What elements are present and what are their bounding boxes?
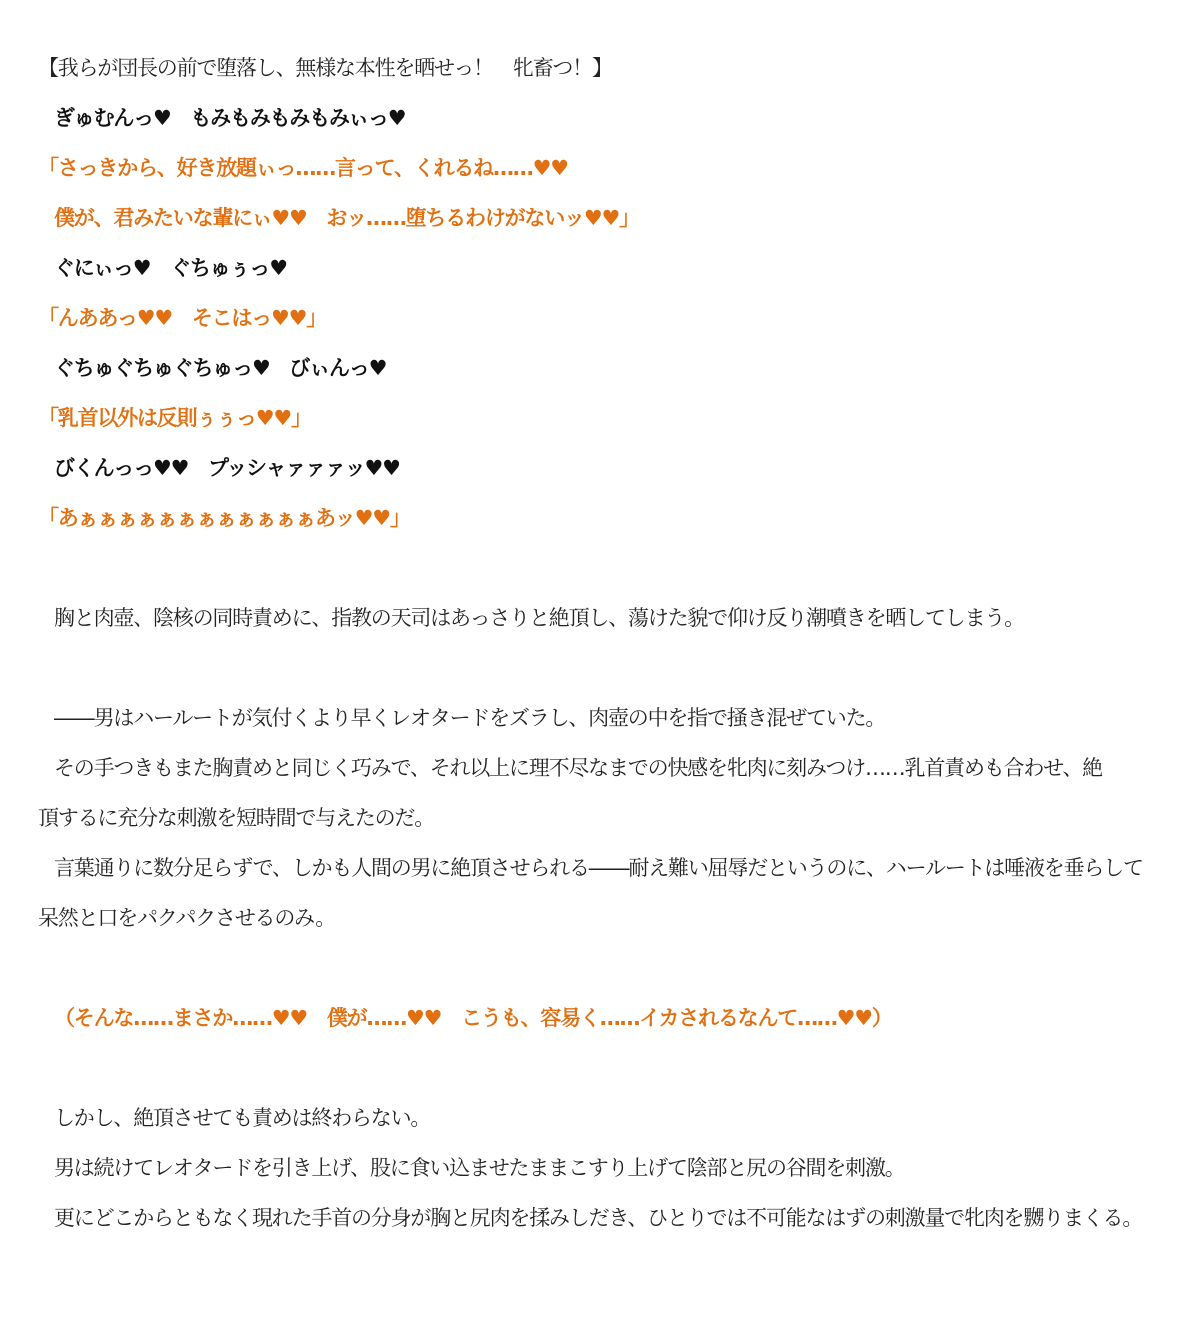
narration-line: 呆然と口をパクパクさせるのみ。 [38, 898, 1148, 948]
dialogue-line: 「さっきから、好き放題ぃっ……言って、くれるね……♥♥ [38, 148, 1148, 198]
narration-line: その手つきもまた胸責めと同じく巧みで、それ以上に理不尽なまでの快感を牝肉に刻みつ… [38, 748, 1148, 798]
narration-line: しかし、絶頂させても責めは終わらない。 [38, 1098, 1148, 1148]
blank-line [38, 548, 1148, 598]
sound-effect-line: びくんっっ♥♥ プッシャァァァッ♥♥ [38, 448, 1148, 498]
narration-paragraph: 胸と肉壺、陰核の同時責めに、指教の天司はあっさりと絶頂し、蕩けた貌で仰け反り潮噴… [38, 598, 1148, 648]
dialogue-line: 僕が、君みたいな輩にぃ♥♥ おッ……堕ちるわけがないッ♥♥」 [38, 198, 1148, 248]
sound-effect-line: ぐちゅぐちゅぐちゅっ♥ びぃんっ♥ [38, 348, 1148, 398]
narration-line: 言葉通りに数分足らずで、しかも人間の男に絶頂させられる――耐え難い屈辱だというの… [38, 848, 1148, 898]
dialogue-line: 「あぁぁぁぁぁぁぁぁぁぁぁぁあッ♥♥」 [38, 498, 1148, 548]
narration-line: 更にどこからともなく現れた手首の分身が胸と尻肉を揉みしだき、ひとりでは不可能なは… [38, 1198, 1148, 1248]
blank-line [38, 948, 1148, 998]
chapter-heading: 【我らが団長の前で堕落し、無様な本性を晒せっ！ 牝畜つ！】 [38, 48, 1148, 98]
narration-line: 頂するに充分な刺激を短時間で与えたのだ。 [38, 798, 1148, 848]
dialogue-line: 「んああっ♥♥ そこはっ♥♥」 [38, 298, 1148, 348]
narration-line: ――男はハールートが気付くより早くレオタードをズラし、肉壺の中を指で掻き混ぜてい… [38, 698, 1148, 748]
blank-line [38, 648, 1148, 698]
sound-effect-line: ぎゅむんっ♥ もみもみもみもみぃっ♥ [38, 98, 1148, 148]
narration-line: 男は続けてレオタードを引き上げ、股に食い込ませたままこすり上げて陰部と尻の谷間を… [38, 1148, 1148, 1198]
inner-voice-line: （そんな……まさか……♥♥ 僕が……♥♥ こうも、容易く……イカされるなんて……… [38, 998, 1148, 1048]
dialogue-line: 「乳首以外は反則ぅぅっ♥♥」 [38, 398, 1148, 448]
document-body: 【我らが団長の前で堕落し、無様な本性を晒せっ！ 牝畜つ！】 ぎゅむんっ♥ もみも… [38, 48, 1148, 1248]
sound-effect-line: ぐにぃっ♥ ぐちゅぅっ♥ [38, 248, 1148, 298]
blank-line [38, 1048, 1148, 1098]
